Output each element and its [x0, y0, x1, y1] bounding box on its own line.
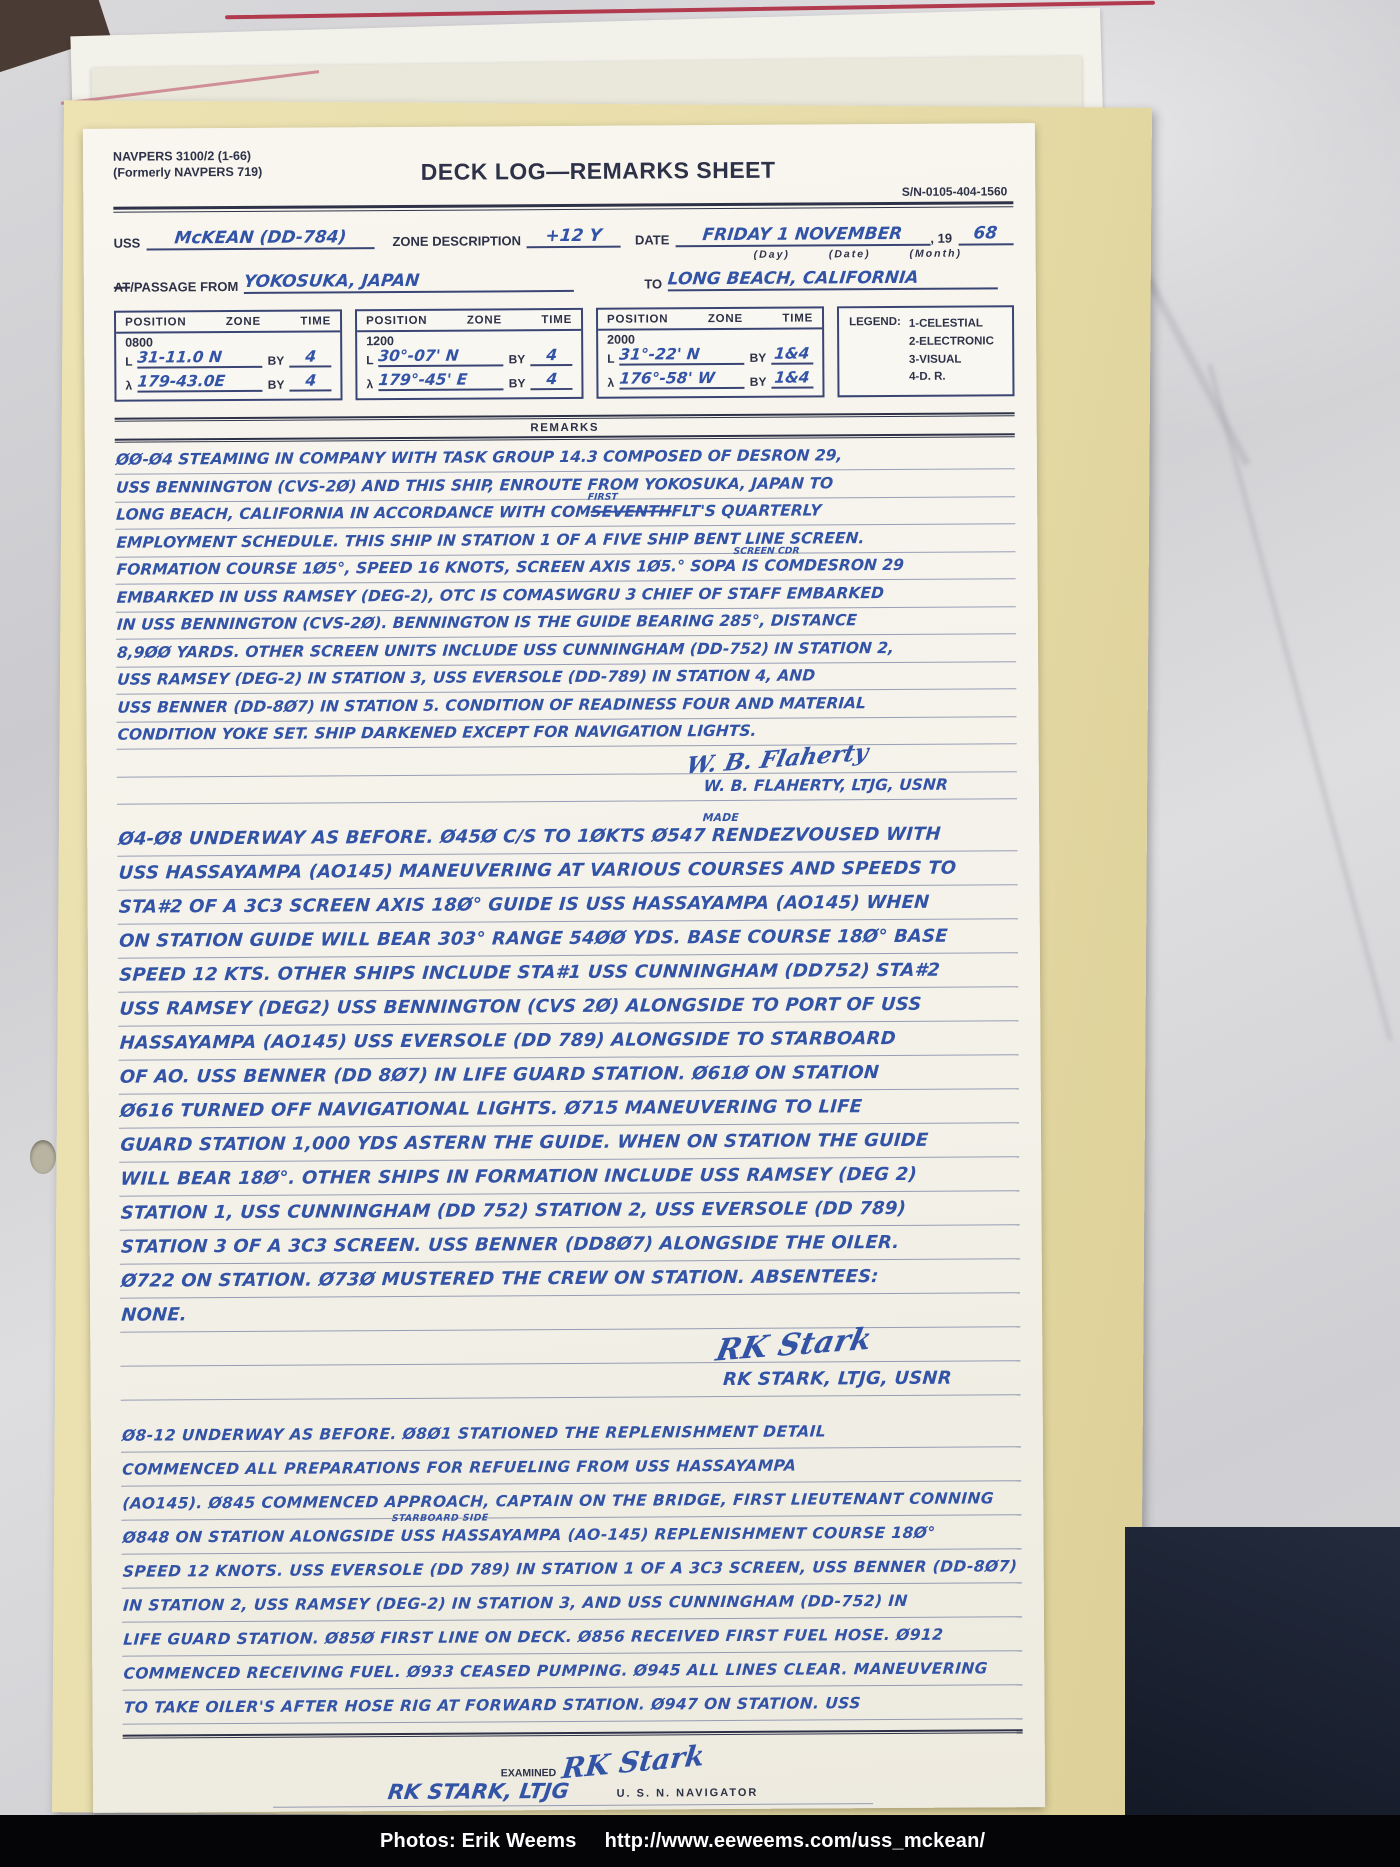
photo-caption-bar: Photos: Erik Weemshttp://www.eeweems.com…	[0, 1815, 1400, 1867]
coordinate-label: λ	[607, 376, 614, 390]
header-spacer	[833, 143, 1013, 144]
remarks-line: Ø8-12 UNDERWAY AS BEFORE. Ø8Ø1 STATIONED…	[121, 1413, 1023, 1453]
by-label: BY	[509, 352, 526, 366]
examined-rule	[123, 1729, 1023, 1738]
remarks-line: Ø4-Ø8 UNDERWAY AS BEFORE. Ø45Ø C/S TO 1Ø…	[117, 817, 1019, 857]
fix-method-handwritten: 4	[545, 347, 557, 364]
fix-method-handwritten: 4	[304, 349, 316, 366]
remarks-line: (AO145). Ø845 COMMENCED APPROACH, CAPTAI…	[121, 1481, 1023, 1521]
fix-method-handwritten: 1&4	[774, 345, 811, 362]
date-label: DATE	[621, 232, 676, 247]
hole-punch	[30, 1140, 56, 1174]
position-row: L31°-22' NBY1&4	[598, 345, 822, 370]
by-label: BY	[509, 376, 526, 390]
legend-item: 1-CELESTIAL	[909, 315, 994, 333]
position-box-header: POSITIONZONETIME	[598, 308, 822, 330]
remarks-line: LIFE GUARD STATION. Ø85Ø FIRST LINE ON D…	[122, 1617, 1024, 1657]
signature-name-line: W. B. FLAHERTY, LTJG, USNR	[117, 771, 1019, 804]
coordinate-label: L	[366, 353, 373, 367]
position-row: λ179°-45' EBY4	[357, 371, 581, 396]
ship-date-row: USS McKEAN (DD-784) ZONE DESCRIPTION +12…	[113, 223, 1013, 250]
position-row: L30°-07' NBY4	[357, 347, 581, 372]
remarks-line: STATION 1, USS CUNNINGHAM (DD 752) STATI…	[120, 1191, 1022, 1231]
ship-name-handwritten: McKEAN (DD-784)	[173, 227, 347, 248]
deck-log-sheet: NAVPERS 3100/2 (1-66) (Formerly NAVPERS …	[83, 123, 1045, 1813]
fix-method-handwritten: 4	[545, 371, 557, 388]
position-header-word: ZONE	[467, 314, 502, 326]
form-number: NAVPERS 3100/2 (1-66) (Formerly NAVPERS …	[113, 147, 363, 181]
coordinate-handwritten: 179-43.0E	[136, 373, 225, 391]
caption-url: http://www.eeweems.com/uss_mckean/	[605, 1830, 986, 1852]
position-box-header: POSITIONZONETIME	[116, 311, 340, 333]
position-box: POSITIONZONETIME0800L31-11.0 NBY4λ179-43…	[114, 309, 343, 402]
fix-method-handwritten: 1&4	[774, 369, 811, 386]
remarks-entries: ØØ-Ø4 STEAMING IN COMPANY WITH TASK GROU…	[115, 441, 1023, 1724]
legend-label: LEGEND:	[849, 316, 901, 388]
coordinate-label: λ	[125, 379, 132, 393]
coordinate-handwritten: 179°-45' E	[377, 372, 468, 390]
examined-block: EXAMINED RK Stark RK STARK, LTJG U. S. N…	[123, 1729, 1024, 1813]
passage-label-struck: AT	[114, 280, 130, 295]
remarks-line: COMMENCED ALL PREPARATIONS FOR REFUELING…	[121, 1447, 1023, 1487]
log-entry: Ø8-12 UNDERWAY AS BEFORE. Ø8Ø1 STATIONED…	[121, 1413, 1023, 1724]
examined-row: EXAMINED RK Stark	[183, 1743, 1023, 1781]
by-label: BY	[750, 375, 767, 389]
remarks-line: HASSAYAMPA (AO145) USS EVERSOLE (DD 789)…	[119, 1021, 1021, 1061]
signature-line: RK Stark	[120, 1327, 1022, 1367]
caption-credit: Photos: Erik Weems	[380, 1830, 577, 1852]
log-entry: ØØ-Ø4 STEAMING IN COMPANY WITH TASK GROU…	[115, 441, 1017, 804]
examined-label: EXAMINED	[501, 1767, 557, 1779]
remarks-line: GUARD STATION 1,000 YDS ASTERN THE GUIDE…	[119, 1123, 1021, 1163]
from-handwritten: YOKOSUKA, JAPAN	[243, 271, 421, 292]
remarks-line: Ø848 ON STATION ALONGSIDESTARBOARD SIDE …	[122, 1515, 1024, 1555]
remarks-line: STATION 3 OF A 3C3 SCREEN. USS BENNER (D…	[120, 1225, 1022, 1265]
position-header-word: TIME	[541, 314, 572, 326]
remarks-line: Ø722 ON STATION. Ø73Ø MUSTERED THE CREW …	[120, 1259, 1022, 1299]
photo-caption: Photos: Erik Weemshttp://www.eeweems.com…	[0, 1830, 1013, 1853]
date-sublabels: (Day) (Date) (Month)	[754, 247, 1014, 261]
position-box: POSITIONZONETIME1200L30°-07' NBY4λ179°-4…	[355, 308, 584, 401]
position-box-header: POSITIONZONETIME	[357, 310, 581, 332]
examined-name-handwritten: RK STARK, LTJG	[386, 1779, 570, 1804]
to-handwritten: LONG BEACH, CALIFORNIA	[667, 268, 920, 290]
coordinate-label: λ	[366, 377, 373, 391]
coordinate-label: L	[607, 352, 614, 366]
form-number-line2: (Formerly NAVPERS 719)	[113, 163, 363, 181]
coordinate-handwritten: 30°-07' N	[378, 348, 460, 366]
legend-items: 1-CELESTIAL2-ELECTRONIC3-VISUAL4-D. R.	[909, 315, 994, 387]
marble-streak	[1207, 364, 1393, 1041]
coordinate-handwritten: 31°-22' N	[619, 346, 701, 364]
position-boxes-row: POSITIONZONETIME0800L31-11.0 NBY4λ179-43…	[114, 305, 1015, 402]
remarks-band: REMARKS	[115, 412, 1015, 442]
position-header-word: POSITION	[607, 313, 668, 325]
remarks-line: NONE.	[120, 1293, 1022, 1333]
position-header-word: POSITION	[125, 316, 186, 328]
remarks-line: OF AO. USS BENNER (DD 8Ø7) IN LIFE GUARD…	[119, 1055, 1021, 1095]
table-surface-dark	[1125, 1527, 1400, 1817]
year-prefix: , 19	[930, 231, 958, 246]
position-box: POSITIONZONETIME2000L31°-22' NBY1&4λ176°…	[596, 306, 825, 399]
date-value-handwritten: FRIDAY 1 NOVEMBER	[702, 224, 904, 245]
legend-box: LEGEND: 1-CELESTIAL2-ELECTRONIC3-VISUAL4…	[837, 305, 1015, 397]
coordinate-handwritten: 176°-58' W	[618, 370, 715, 388]
remarks-line: SPEED 12 KTS. OTHER SHIPS INCLUDE STA#1 …	[118, 953, 1020, 993]
photo-of-deck-log: { "photo": { "caption_credit": "Photos: …	[0, 0, 1400, 1867]
remarks-line: USS RAMSEY (DEG2) USS BENNINGTON (CVS 2Ø…	[118, 987, 1020, 1027]
position-header-word: ZONE	[226, 316, 261, 328]
serial-number: S/N-0105-404-1560	[113, 184, 1013, 203]
legend-item: 2-ELECTRONIC	[909, 333, 994, 351]
legend-item: 4-D. R.	[909, 369, 994, 387]
year-handwritten: 68	[973, 223, 999, 243]
fix-method-handwritten: 4	[304, 372, 316, 389]
remarks-line: Ø616 TURNED OFF NAVIGATIONAL LIGHTS. Ø71…	[119, 1089, 1021, 1129]
coordinate-label: L	[125, 355, 132, 369]
by-label: BY	[268, 354, 285, 368]
position-header-word: ZONE	[708, 313, 743, 325]
remarks-line: COMMENCED RECEIVING FUEL. Ø933 CEASED PU…	[122, 1651, 1024, 1691]
form-title: DECK LOG—REMARKS SHEET	[363, 144, 833, 186]
signature-name-line: RK STARK, LTJG, USNR	[121, 1361, 1023, 1401]
remarks-line: IN STATION 2, USS RAMSEY (DEG-2) IN STAT…	[122, 1583, 1024, 1623]
passage-row: AT/PASSAGE FROM YOKOSUKA, JAPAN TO LONG …	[114, 267, 1014, 294]
passage-label: /PASSAGE FROM	[130, 279, 238, 295]
position-header-word: TIME	[300, 315, 331, 327]
position-row: λ179-43.0EBY4	[116, 372, 340, 397]
coordinate-handwritten: 31-11.0 N	[137, 349, 223, 367]
by-label: BY	[268, 378, 285, 392]
ship-label: USS	[114, 236, 147, 251]
position-boxes: POSITIONZONETIME0800L31-11.0 NBY4λ179-43…	[114, 306, 825, 402]
header-rule	[113, 201, 1013, 212]
to-label: TO	[574, 276, 668, 292]
remarks-line: TO TAKE OILER'S AFTER HOSE RIG AT FORWAR…	[123, 1685, 1025, 1725]
legend-item: 3-VISUAL	[909, 351, 994, 369]
log-entry: Ø4-Ø8 UNDERWAY AS BEFORE. Ø45Ø C/S TO 1Ø…	[117, 817, 1021, 1400]
remarks-line: USS HASSAYAMPA (AO145) MANEUVERING AT VA…	[118, 851, 1020, 891]
remarks-line: STA#2 OF A 3C3 SCREEN AXIS 18Ø° GUIDE IS…	[118, 885, 1020, 925]
position-row: L31-11.0 NBY4	[116, 348, 340, 373]
position-header-word: TIME	[782, 312, 813, 324]
remarks-line: WILL BEAR 18Ø°. OTHER SHIPS IN FORMATION…	[119, 1157, 1021, 1197]
zone-value-handwritten: +12 Y	[545, 226, 603, 246]
navigator-label: U. S. N. NAVIGATOR	[617, 1787, 759, 1803]
zone-label: ZONE DESCRIPTION	[374, 233, 527, 249]
form-header: NAVPERS 3100/2 (1-66) (Formerly NAVPERS …	[113, 143, 1013, 187]
by-label: BY	[750, 351, 767, 365]
remarks-line: ON STATION GUIDE WILL BEAR 303° RANGE 54…	[118, 919, 1020, 959]
form-number-line1: NAVPERS 3100/2 (1-66)	[113, 147, 363, 165]
position-header-word: POSITION	[366, 315, 427, 327]
remarks-line: SPEED 12 KNOTS. USS EVERSOLE (DD 789) IN…	[122, 1549, 1024, 1589]
position-row: λ176°-58' WBY1&4	[598, 369, 822, 394]
